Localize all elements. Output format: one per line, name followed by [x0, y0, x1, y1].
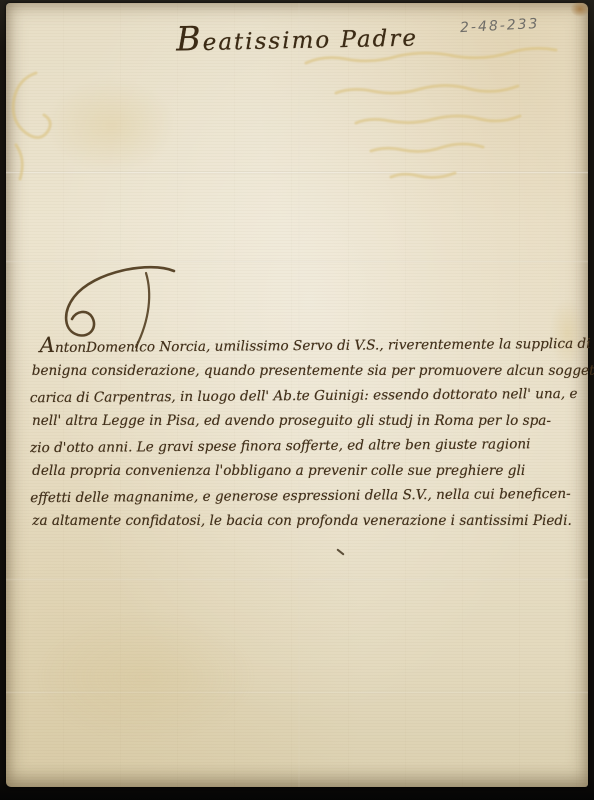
manuscript-line: della propria convenienza l'obbligano a … [32, 459, 588, 484]
manuscript-line: AntonDomenico Norcia, umilissimo Servo d… [30, 328, 586, 361]
manuscript-line: benigna considerazione, quando presentem… [32, 359, 588, 384]
manuscript-line: za altamente confidatosi, le bacia con p… [32, 509, 588, 534]
paper-stain [46, 78, 176, 173]
fold-crease [6, 260, 588, 263]
fold-crease [6, 171, 588, 174]
paper-stain [36, 612, 256, 742]
fold-crease [6, 691, 588, 694]
manuscript-line: zio d'otto anni. Le gravi spese finora s… [30, 432, 586, 461]
ink-mark [336, 548, 344, 555]
manuscript-line: effetti delle magnanime, e generose espr… [30, 482, 586, 511]
bleed-through-writing [6, 45, 588, 195]
manuscript-line: nell' altra Legge in Pisa, ed avendo pro… [32, 409, 588, 434]
letter-body: AntonDomenico Norcia, umilissimo Servo d… [30, 329, 587, 535]
fold-crease [6, 578, 588, 581]
manuscript-scan: Beatissimo Padre 2-48-233 AntonDomenico … [0, 0, 594, 800]
paper-sheet: Beatissimo Padre 2-48-233 AntonDomenico … [6, 3, 588, 787]
manuscript-line: carica di Carpentras, in luogo dell' Ab.… [30, 382, 586, 411]
